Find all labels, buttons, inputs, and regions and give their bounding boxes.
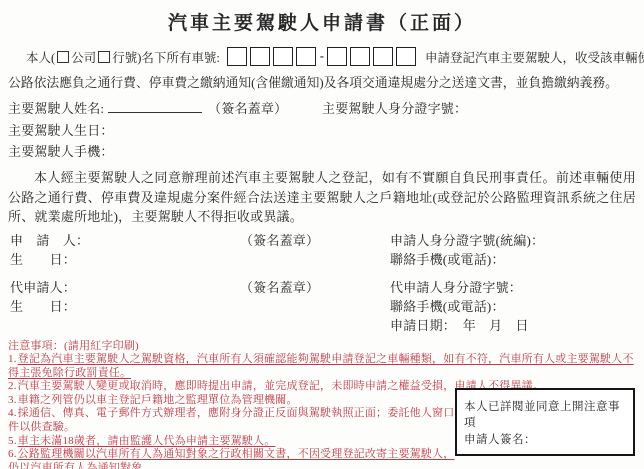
grid-empty-cell [240,297,390,316]
plate-number-boxes: - [227,47,419,66]
notice-item-1: 1.登記為汽車主要駕駛人之駕駛資格，汽車所有人須確認能夠駕駛申請登記之車輛種類，… [8,353,638,380]
plate-char-box[interactable] [373,47,393,66]
company-checkbox-label: 公司 [71,48,96,66]
grid-empty-cell [240,250,390,269]
notice-item-text: 車主未滿18歲者，請由監護人代為申請主要駕駛人。 [18,435,276,447]
notice-item-number: 6. [8,448,17,460]
firm-checkbox-label: 行號 [112,48,137,66]
main-driver-birth-row: 主要駕駛人生日： [6,120,638,138]
plate-char-box[interactable] [273,47,293,66]
applicant-birth-label: 生 日： [10,250,240,269]
agent-id-label: 代申請人身分證字號： [390,278,638,297]
notice-item-number: 4. [8,407,17,419]
agent-birth-label: 生 日： [10,297,240,316]
consent-paragraph: 本人經主要駕駛人之同意辦理前述汽車主要駕駛人之登記，如有不實願自負民刑事責任。前… [6,168,638,227]
plate-char-box[interactable] [296,47,316,66]
notice-item-number: 5. [8,435,17,447]
application-form-page: 汽車主要駕駛人申請書（正面） 本人( 公司 行號 )名下所有車號: - 申請登記… [0,0,644,469]
grid-spacer [10,269,638,278]
applicant-id-label: 申請人身分證字號(統編)： [390,231,638,250]
notice-header: 注意事項：(請用紅字印刷) [8,340,638,354]
notice-item-number: 1. [8,353,17,365]
company-checkbox[interactable] [57,51,69,63]
plate-char-box[interactable] [350,47,370,66]
intro-text-prefix: 本人( [26,48,55,66]
plate-char-box[interactable] [327,47,347,66]
main-driver-name-label: 主要駕駛人姓名: [8,101,104,116]
firm-checkbox[interactable] [98,51,110,63]
applicant-name-label: 申 請 人： [10,231,240,250]
intro-line2: 公路依法應負之通行費、停車費之繳納通知(含催繳通知)及各項交通違規處分之送達文書… [6,69,638,91]
agent-phone-label: 聯絡手機(或電話)： [390,297,638,316]
main-driver-name-input-line[interactable] [108,100,202,113]
notice-item-text: 公路監理機關以汽車所有人為通知對象之行政相關文書，不因受理登記改寄主要駕駛人，仍… [8,448,454,469]
agent-seal-note: （簽名蓋章） [240,278,390,297]
main-driver-mobile-row: 主要駕駛人手機： [6,141,638,159]
grid-empty-cell [10,316,240,335]
intro-text-suffix: 申請登記汽車主要駕駛人，收受該車輛使用 [425,48,644,66]
main-driver-id-label: 主要駕駛人身分證字號： [322,98,467,117]
plate-field-label: )名下所有車號: [137,48,220,66]
main-driver-name-row: 主要駕駛人姓名: （簽名蓋章） 主要駕駛人身分證字號： [6,98,638,117]
main-driver-seal-note: （簽名蓋章） [208,101,287,116]
agreement-statement: 本人已詳閱並同意上開注意事項 [464,398,627,430]
applicant-seal-note: （簽名蓋章） [240,231,390,250]
grid-empty-cell [240,316,390,335]
agreement-signature-box: 本人已詳閱並同意上開注意事項 申請人簽名： [455,388,635,456]
notice-item-text: 登記為汽車主要駕駛人之駕駛資格，汽車所有人須確認能夠駕駛申請登記之車輛種類，如有… [8,353,634,379]
plate-char-box[interactable] [250,47,270,66]
intro-line: 本人( 公司 行號 )名下所有車號: - 申請登記汽車主要駕駛人，收受該車輛使用 [6,44,638,69]
applicant-phone-label: 聯絡手機(或電話)： [390,250,638,269]
plate-dash: - [320,49,324,64]
plate-char-box[interactable] [227,47,247,66]
plate-char-box[interactable] [396,47,416,66]
applicant-signature-label[interactable]: 申請人簽名： [464,431,627,447]
application-date-label: 申請日期： 年 月 日 [390,316,638,335]
agent-name-label: 代申請人： [10,278,240,297]
notice-item-number: 2. [8,380,17,392]
form-title: 汽車主要駕駛人申請書（正面） [6,8,638,35]
notice-item-text: 車籍之列管仍以車主登記戶籍地之監理單位為管理機關。 [18,394,298,406]
applicant-section: 申 請 人： （簽名蓋章） 申請人身分證字號(統編)： 生 日： 聯絡手機(或電… [6,231,638,335]
notice-item-number: 3. [8,394,17,406]
